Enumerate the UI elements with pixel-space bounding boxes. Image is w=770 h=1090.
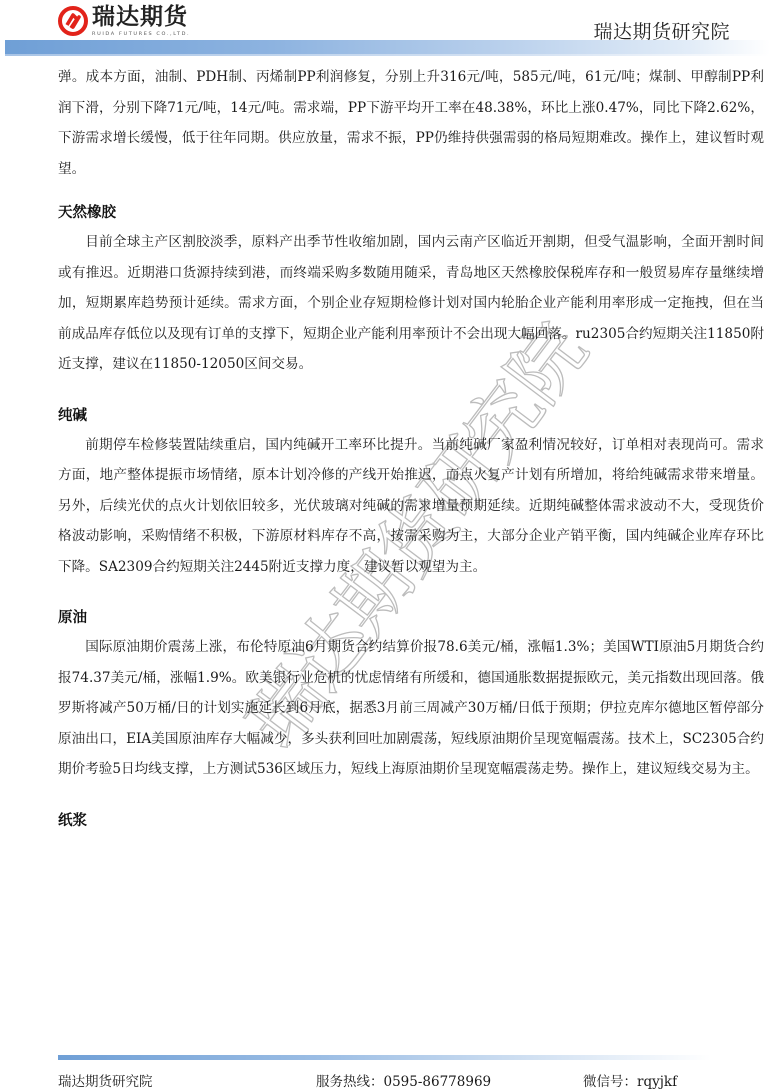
section-body-soda-ash: 前期停车检修装置陆续重启，国内纯碱开工率环比提升。当前纯碱厂家盈利情况较好，订单… xyxy=(58,430,764,583)
section-title-soda-ash: 纯碱 xyxy=(58,406,764,426)
company-logo: 瑞达期货 RUIDA FUTURES CO.,LTD. xyxy=(58,4,190,40)
section-body-crude-oil: 国际原油期价震荡上涨，布伦特原油6月期货合约结算价报78.6美元/桶，涨幅1.3… xyxy=(58,632,764,785)
footer-divider xyxy=(58,1055,711,1060)
logo-chinese-name: 瑞达期货 xyxy=(92,4,190,30)
footer-org: 瑞达期货研究院 xyxy=(58,1070,153,1090)
ruida-logo-icon xyxy=(58,6,88,36)
section-title-rubber: 天然橡胶 xyxy=(58,203,764,223)
logo-english-name: RUIDA FUTURES CO.,LTD. xyxy=(92,31,190,37)
page-footer: 瑞达期货研究院 服务热线：0595-86778969 微信号：rqyjkf xyxy=(0,1040,770,1090)
footer-hotline: 服务热线：0595-86778969 xyxy=(316,1070,491,1090)
footer-wechat: 微信号：rqyjkf xyxy=(583,1070,677,1090)
section-body-rubber: 目前全球主产区割胶淡季，原料产出季节性收缩加剧，国内云南产区临近开割期，但受气温… xyxy=(58,227,764,380)
intro-paragraph: 弹。成本方面，油制、PDH制、丙烯制PP利润修复，分别上升316元/吨，585元… xyxy=(58,62,764,184)
section-title-pulp: 纸浆 xyxy=(58,811,764,831)
document-body: 弹。成本方面，油制、PDH制、丙烯制PP利润修复，分别上升316元/吨，585元… xyxy=(58,62,764,831)
section-title-crude-oil: 原油 xyxy=(58,608,764,628)
page-header: 瑞达期货 RUIDA FUTURES CO.,LTD. 瑞达期货研究院 xyxy=(0,0,770,60)
header-divider xyxy=(5,40,770,54)
